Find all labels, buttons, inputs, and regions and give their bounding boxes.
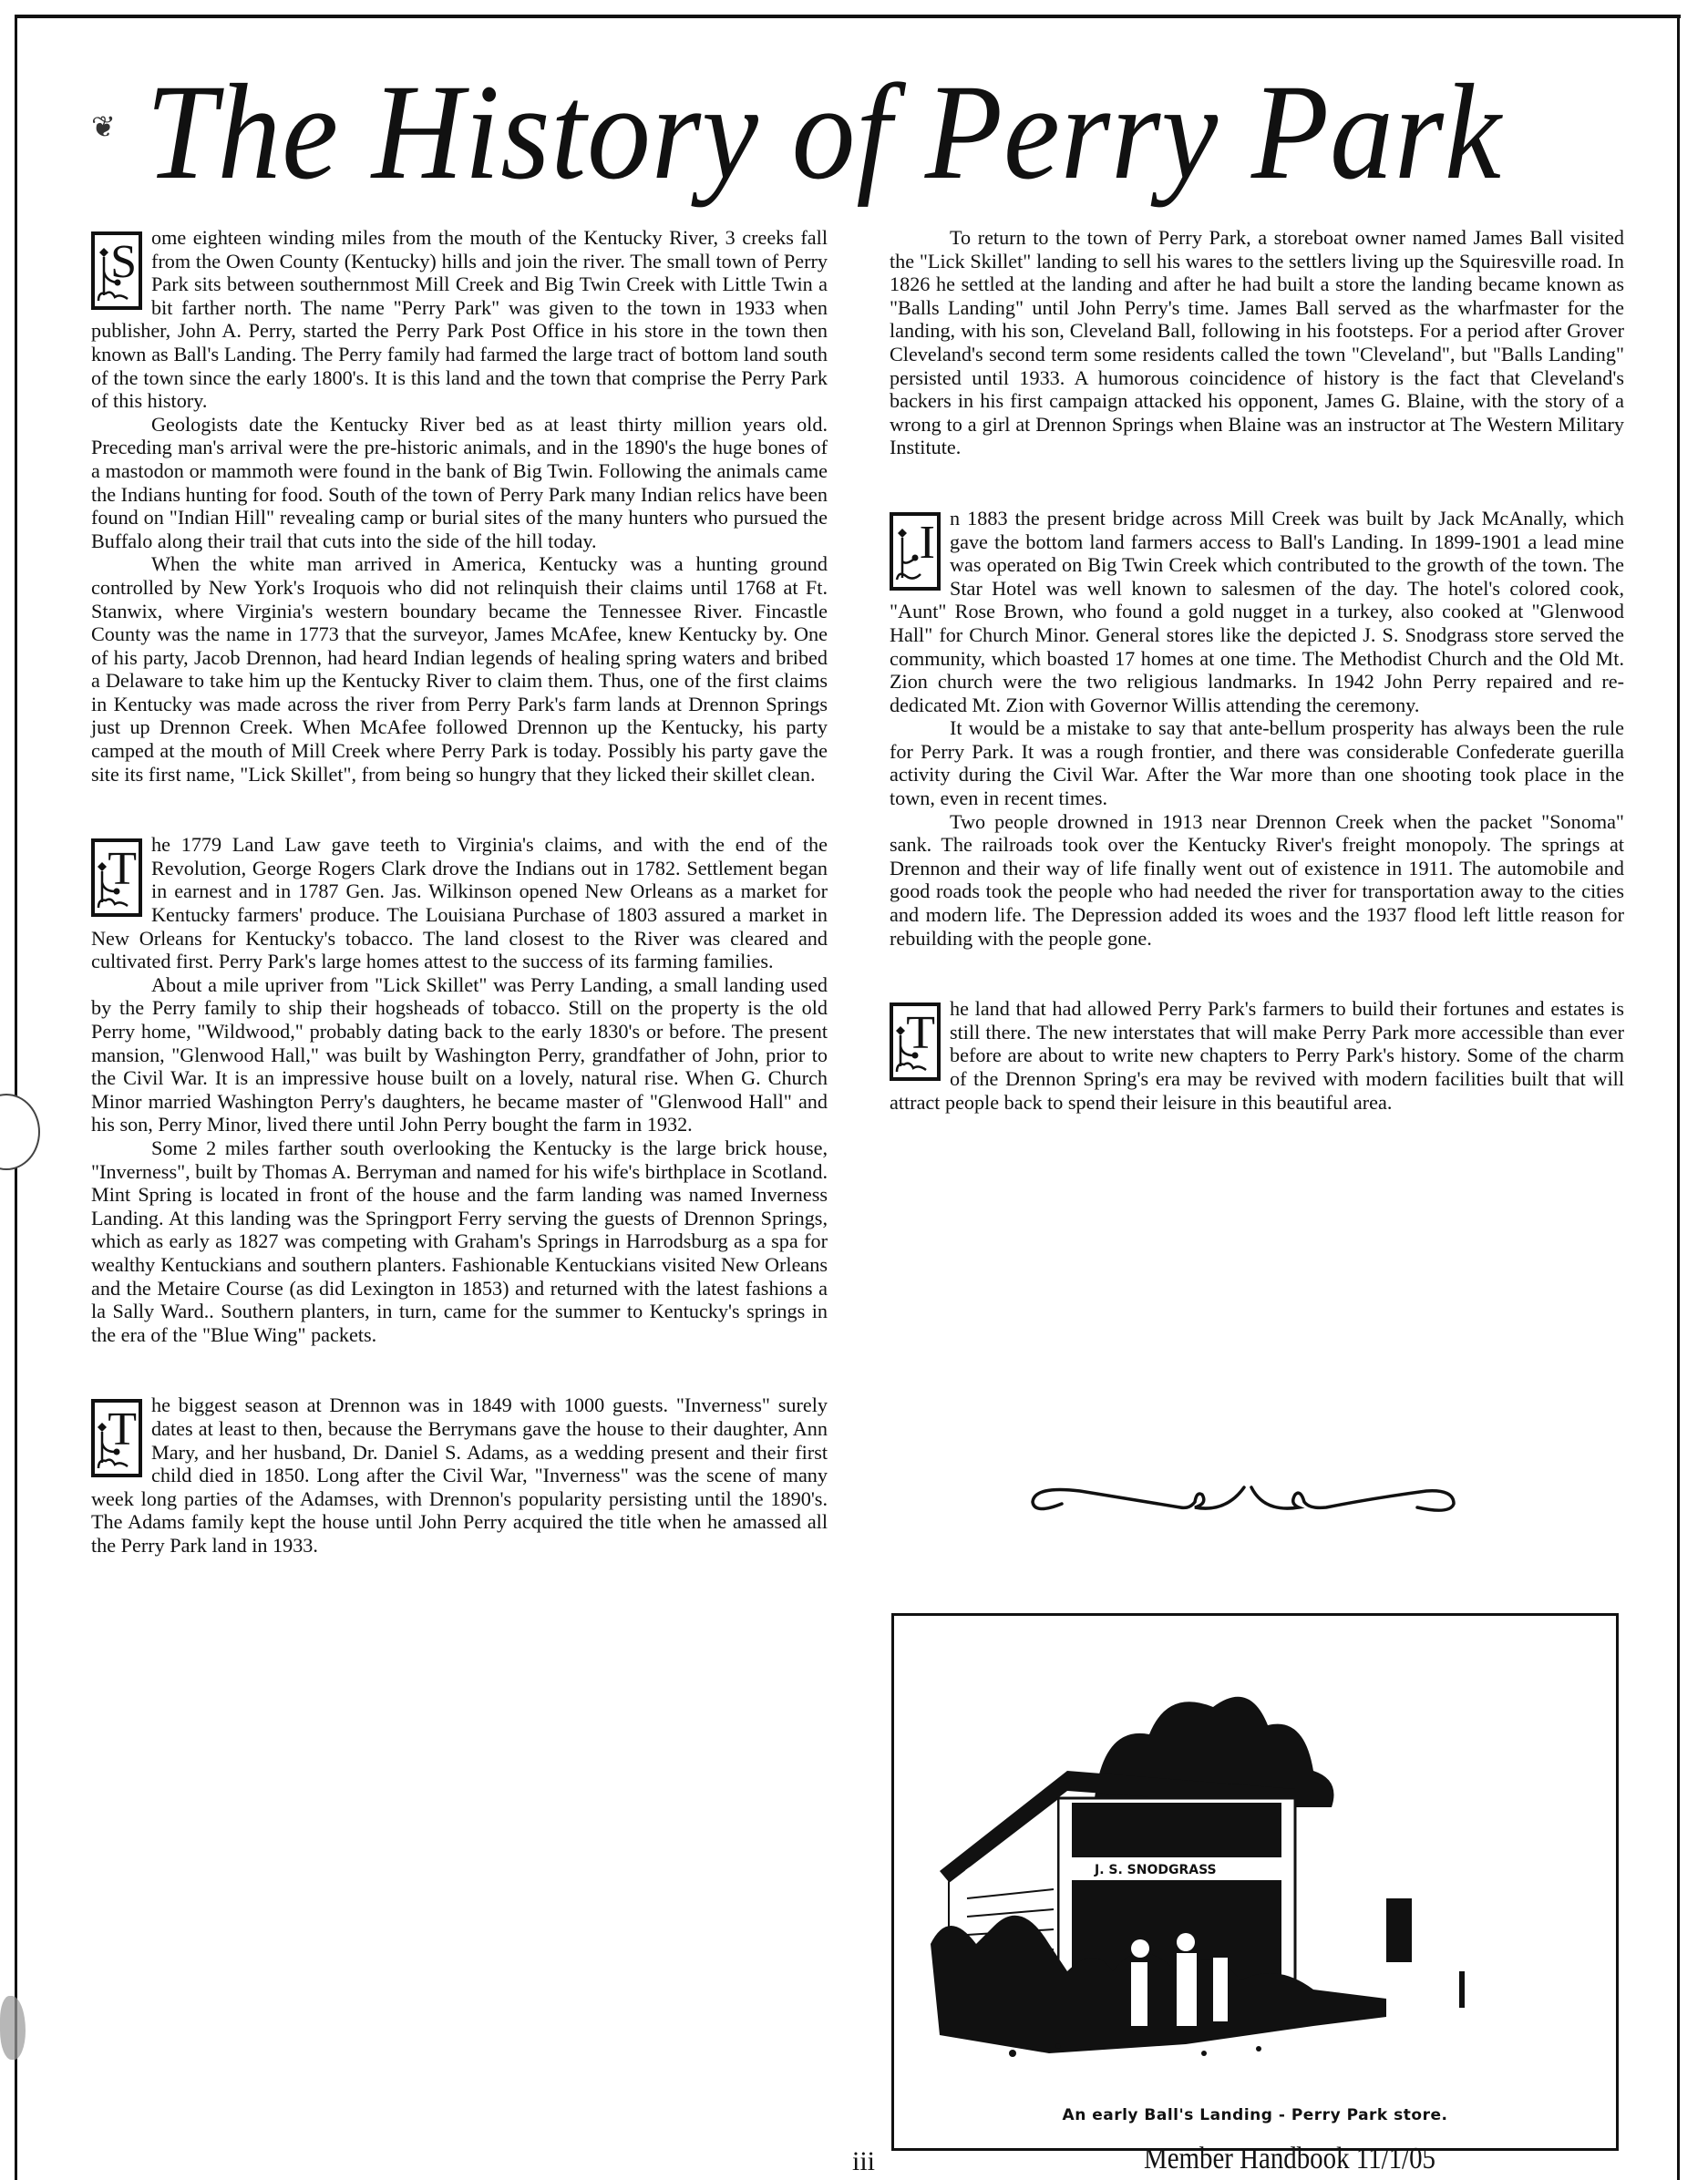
paragraph: n 1883 the present bridge across Mill Cr… bbox=[890, 507, 1624, 716]
page-border-right bbox=[1677, 15, 1680, 2180]
dropcap-ornament: T bbox=[91, 838, 142, 917]
dropcap-letter: T bbox=[108, 842, 137, 897]
photo-figure: J. S. SNODGRASS An early Ball's Landing … bbox=[891, 1613, 1619, 2151]
paragraph: he biggest season at Drennon was in 1849… bbox=[91, 1393, 828, 1557]
page-border-top bbox=[15, 15, 1681, 18]
figure-caption: An early Ball's Landing - Perry Park sto… bbox=[894, 2106, 1616, 2124]
scan-stain bbox=[0, 1996, 26, 2060]
article-section: To return to the town of Perry Park, a s… bbox=[890, 226, 1624, 459]
article-section: T he 1779 Land Law gave teeth to Virgini… bbox=[91, 833, 828, 1346]
article-section: T he biggest season at Drennon was in 18… bbox=[91, 1393, 828, 1557]
paragraph: Some 2 miles farther south overlooking t… bbox=[91, 1136, 828, 1346]
paragraph: To return to the town of Perry Park, a s… bbox=[890, 226, 1624, 459]
footer-text: Member Handbook 11/1/05 bbox=[1144, 2142, 1435, 2176]
store-sign-text: J. S. SNODGRASS bbox=[1094, 1863, 1217, 1877]
paragraph: ome eighteen winding miles from the mout… bbox=[91, 226, 828, 413]
page-number: iii bbox=[852, 2146, 875, 2177]
left-column: S ome eighteen winding miles from the mo… bbox=[91, 226, 828, 1557]
hole-punch-mark bbox=[0, 1094, 40, 1170]
article-section: S ome eighteen winding miles from the mo… bbox=[91, 226, 828, 786]
article-section: T he land that had allowed Perry Park's … bbox=[890, 997, 1624, 1114]
dropcap-letter: T bbox=[108, 1403, 137, 1457]
paragraph: Two people drowned in 1913 near Drennon … bbox=[890, 810, 1624, 951]
paragraph: When the white man arrived in America, K… bbox=[91, 552, 828, 786]
right-column: To return to the town of Perry Park, a s… bbox=[890, 226, 1624, 1114]
flourish-divider-icon bbox=[1025, 1476, 1481, 1522]
store-photo: J. S. SNODGRASS bbox=[912, 1671, 1569, 2072]
dropcap-ornament: S bbox=[91, 231, 142, 310]
dropcap-ornament: T bbox=[890, 1003, 941, 1081]
paragraph: he land that had allowed Perry Park's fa… bbox=[890, 997, 1624, 1114]
dropcap-ornament: I bbox=[890, 512, 941, 591]
dropcap-letter: T bbox=[906, 1006, 935, 1061]
article-section: I n 1883 the present bridge across Mill … bbox=[890, 507, 1624, 950]
page-title: The History of Perry Park bbox=[146, 55, 1468, 210]
dropcap-letter: S bbox=[110, 235, 137, 290]
dropcap-ornament: T bbox=[91, 1399, 142, 1477]
paragraph: Geologists date the Kentucky River bed a… bbox=[91, 413, 828, 553]
paragraph: It would be a mistake to say that ante-b… bbox=[890, 716, 1624, 809]
title-ornament-icon: ❦ bbox=[91, 109, 116, 144]
paragraph: About a mile upriver from "Lick Skillet"… bbox=[91, 973, 828, 1136]
paragraph: he 1779 Land Law gave teeth to Virginia'… bbox=[91, 833, 828, 973]
dropcap-letter: I bbox=[920, 516, 935, 571]
